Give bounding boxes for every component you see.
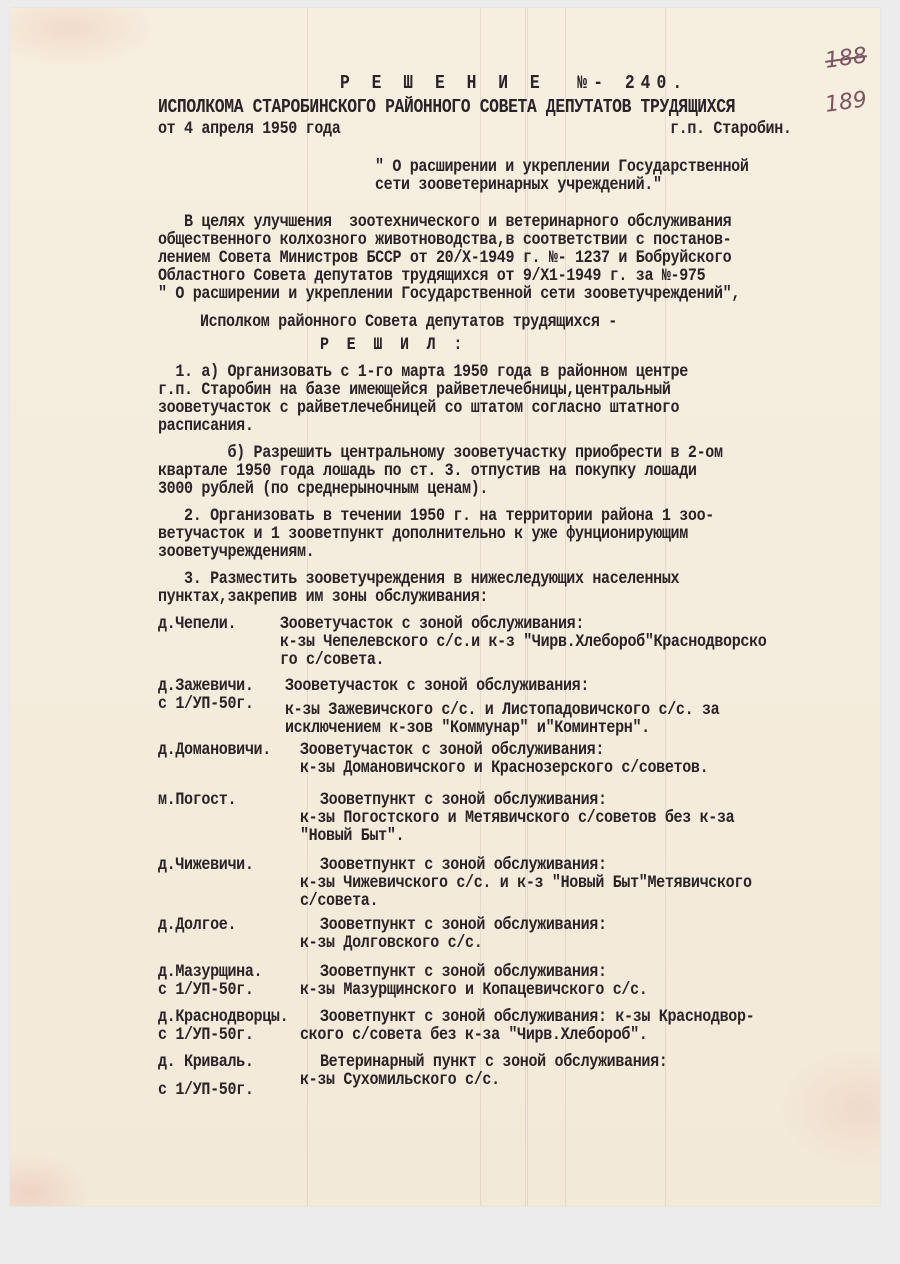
resolution-line: 1. а) Организовать с 1-го марта 1950 год… bbox=[158, 363, 688, 381]
placement-line: Зооветпункт с зоной обслуживания: bbox=[320, 963, 607, 981]
placement-line: к-зы Домановичского и Краснозерского с/с… bbox=[300, 759, 708, 777]
placement-start-date: с 1/УП-50г. bbox=[158, 1026, 254, 1044]
placement-village: д.Зажевичи. bbox=[158, 677, 254, 695]
resolution-line: б) Разрешить центральному зооветучастку … bbox=[158, 444, 723, 462]
placement-line: к-зы Сухомильского с/с. bbox=[300, 1071, 500, 1089]
document-place: г.п. Старобин. bbox=[670, 120, 792, 138]
placement-line: ского с/совета без к-за "Чирв.Хлебороб". bbox=[300, 1026, 648, 1044]
subject-line: сети зооветеринарных учреждений." bbox=[375, 176, 662, 194]
document-date: от 4 апреля 1950 года bbox=[158, 120, 340, 138]
resolution-line: 3. Разместить зооветучреждения в нижесле… bbox=[158, 570, 679, 588]
placement-village: д.Чепели. bbox=[158, 615, 236, 633]
subject-line: " О расширении и укреплении Государствен… bbox=[375, 158, 749, 176]
preamble-line: общественного колхозного животноводства,… bbox=[158, 231, 731, 249]
placement-line: Зооветпункт с зоной обслуживания: bbox=[320, 791, 607, 809]
placement-line: с/совета. bbox=[300, 892, 378, 910]
placement-line: к-зы Чепелевского с/с.и к-з "Чирв.Хлебор… bbox=[280, 633, 767, 651]
placement-village: д.Долгое. bbox=[158, 916, 236, 934]
placement-line: "Новый Быт". bbox=[300, 827, 404, 845]
placement-village: д.Краснодворцы. bbox=[158, 1008, 288, 1026]
placement-start-date: с 1/УП-50г. bbox=[158, 695, 254, 713]
placement-line: Зооветпункт с зоной обслуживания: bbox=[320, 856, 607, 874]
placement-line: к-зы Погостского и Метявичского с/совето… bbox=[300, 809, 734, 827]
placement-start-date: с 1/УП-50г. bbox=[158, 1081, 254, 1099]
placement-line: к-зы Зажевичского с/с. и Листопадовичско… bbox=[285, 701, 719, 719]
preamble-line: Областного Совета депутатов трудящихся о… bbox=[158, 267, 705, 285]
placement-village: д.Чижевичи. bbox=[158, 856, 254, 874]
placement-start-date: с 1/УП-50г. bbox=[158, 981, 254, 999]
preamble-line: " О расширении и укреплении Государствен… bbox=[158, 285, 740, 303]
placement-line: Зооветучасток с зоной обслуживания: bbox=[300, 741, 604, 759]
executive-line: Исполком районного Совета депутатов труд… bbox=[200, 313, 617, 331]
resolution-line: зооветучасток с райветлечебницей со штат… bbox=[158, 399, 679, 417]
resolution-line: г.п. Старобин на базе имеющейся райветле… bbox=[158, 381, 671, 399]
placement-line: Зооветучасток с зоной обслуживания: bbox=[285, 677, 589, 695]
placement-line: Зооветпункт с зоной обслуживания: bbox=[320, 916, 607, 934]
resolution-line: 2. Организовать в течении 1950 г. на тер… bbox=[158, 507, 714, 525]
decided-heading: Р Е Ш И Л : bbox=[320, 336, 467, 354]
placement-line: Ветеринарный пункт с зоной обслуживания: bbox=[320, 1053, 668, 1071]
placement-village: м.Погост. bbox=[158, 791, 236, 809]
placement-line: к-зы Чижевичского с/с. и к-з "Новый Быт"… bbox=[300, 874, 752, 892]
placement-line: к-зы Мазурщинского и Копацевичского с/с. bbox=[300, 981, 648, 999]
placement-village: д. Криваль. bbox=[158, 1053, 254, 1071]
issuer-line: ИСПОЛКОМА СТАРОБИНСКОГО РАЙОННОГО СОВЕТА… bbox=[158, 98, 735, 116]
placement-line: Зооветучасток с зоной обслуживания: bbox=[280, 615, 584, 633]
resolution-line: 3000 рублей (по среднерыночным ценам). bbox=[158, 480, 488, 498]
document-page: 188 189 Р Е Ш Е Н И Е №- 240. ИСПОЛКОМА … bbox=[10, 8, 880, 1206]
document-title: Р Е Ш Е Н И Е №- 240. bbox=[340, 74, 688, 92]
placement-line: исключением к-зов "Коммунар" и"Коминтерн… bbox=[285, 719, 650, 737]
resolution-line: ветучасток и 1 зооветпункт дополнительно… bbox=[158, 525, 688, 543]
resolution-line: квартале 1950 года лошадь по ст. 3. отпу… bbox=[158, 462, 697, 480]
placement-line: го с/совета. bbox=[280, 651, 384, 669]
resolution-line: пунктах,закрепив им зоны обслуживания: bbox=[158, 588, 488, 606]
resolution-line: зооветучреждениям. bbox=[158, 543, 314, 561]
new-archive-number: 189 bbox=[823, 87, 868, 118]
placement-village: д.Мазурщина. bbox=[158, 963, 262, 981]
preamble-line: В целях улучшения зоотехнического и вете… bbox=[158, 213, 731, 231]
resolution-line: расписания. bbox=[158, 417, 254, 435]
preamble-line: лением Совета Министров БССР от 20/Х-194… bbox=[158, 249, 731, 267]
old-archive-number: 188 bbox=[823, 43, 868, 74]
placement-line: Зооветпункт с зоной обслуживания: к-зы К… bbox=[320, 1008, 754, 1026]
placement-village: д.Домановичи. bbox=[158, 741, 271, 759]
placement-line: к-зы Долговского с/с. bbox=[300, 934, 482, 952]
